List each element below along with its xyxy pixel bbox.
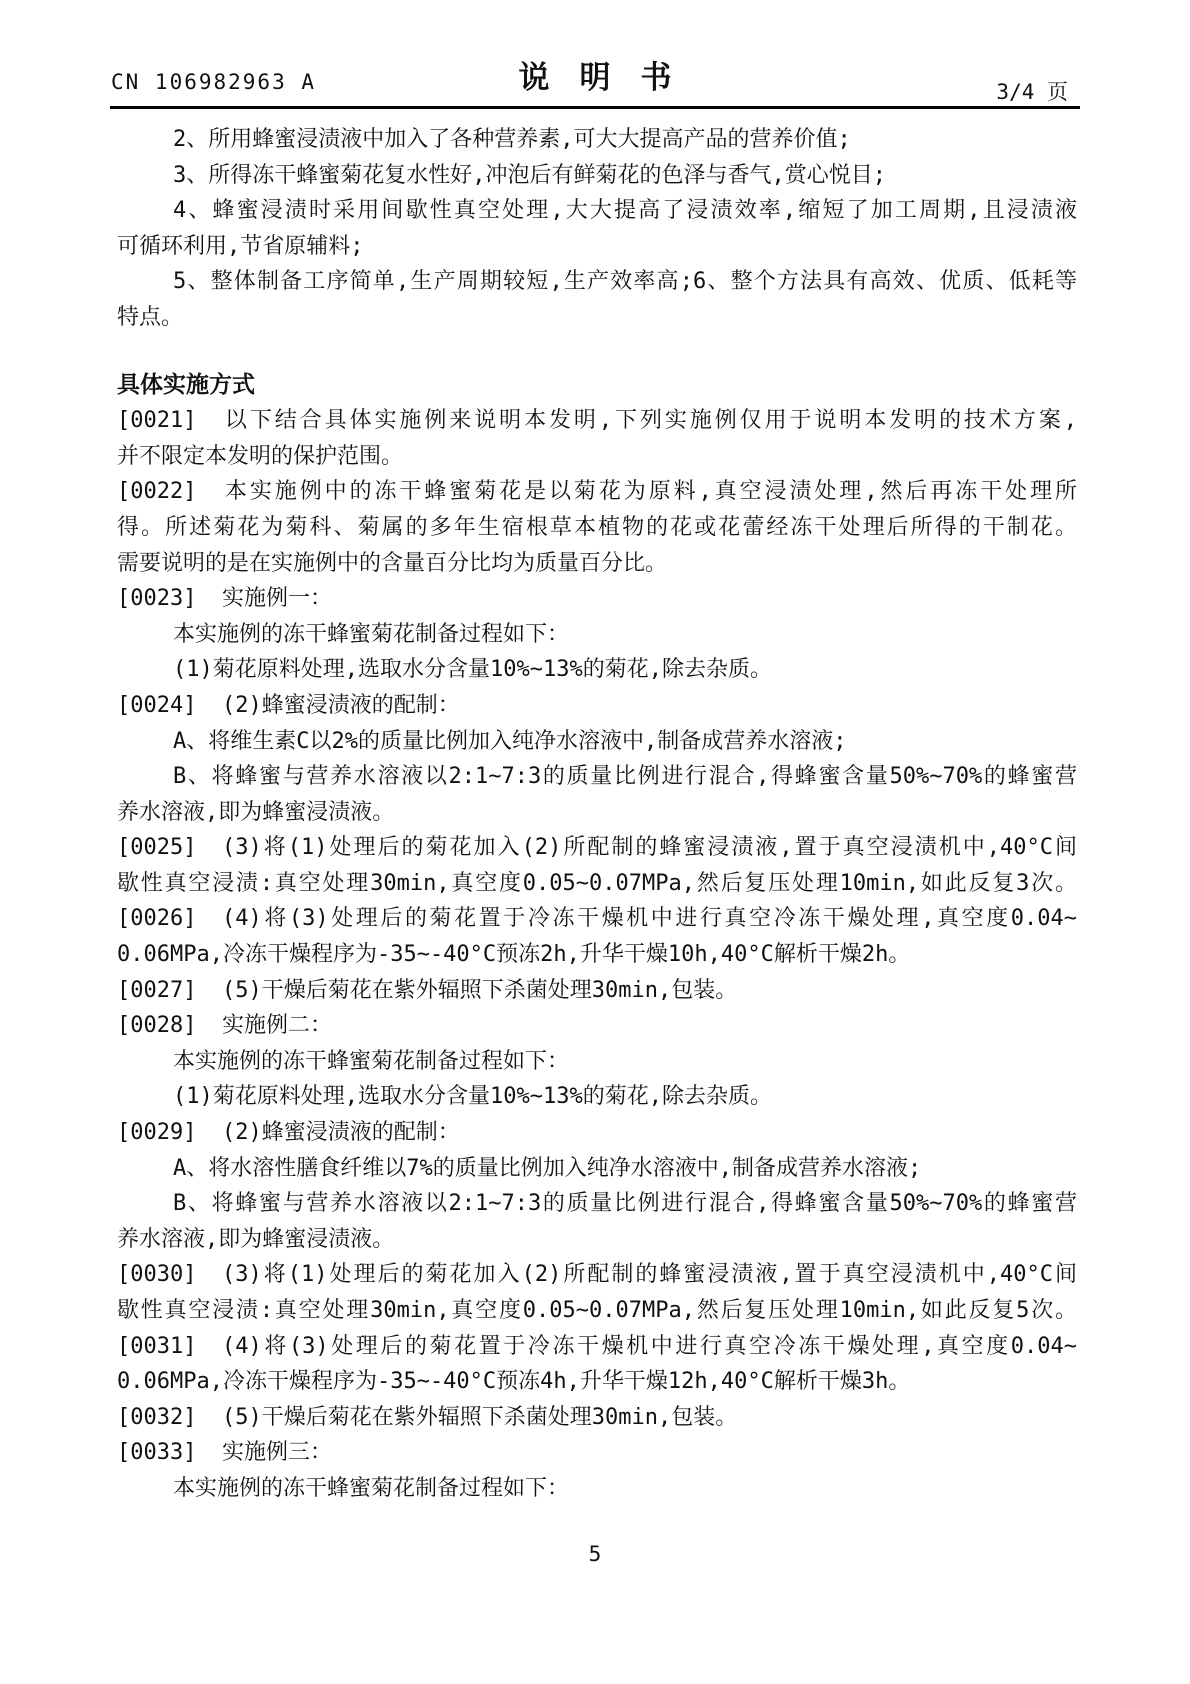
patent-specification-page: CN 106982963 A 说明书 3/4 页 2、所用蜂蜜浸渍液中加入了各种… [0, 0, 1190, 1684]
page-number: 5 [0, 1542, 1190, 1566]
paragraph-number: [0027] [117, 973, 222, 1009]
paragraph-line: [0021]以下结合具体实施例来说明本发明,下列实施例仅用于说明本发明的技术方案… [117, 403, 1077, 439]
paragraph-text: (4)将(3)处理后的菊花置于冷冻干燥机中进行真空冷冻干燥处理,真空度0.04~ [222, 906, 1077, 931]
paragraph-text: 实施例三： [222, 1440, 332, 1465]
paragraph-number: [0021] [117, 403, 222, 439]
paragraph-line: [0022]本实施例中的冻干蜂蜜菊花是以菊花为原料,真空浸渍处理,然后再冻干处理… [117, 474, 1077, 510]
paragraph-number: [0032] [117, 1400, 222, 1436]
paragraph-number: [0026] [117, 901, 222, 937]
paragraph-line: 5、整体制备工序简单,生产周期较短,生产效率高;6、整个方法具有高效、优质、低耗… [117, 264, 1077, 300]
paragraph-line: 得。所述菊花为菊科、菊属的多年生宿根草本植物的花或花蕾经冻干处理后所得的干制花。 [117, 510, 1077, 546]
paragraph-line: 特点。 [117, 300, 1077, 336]
paragraph-text: (5)干燥后菊花在紫外辐照下杀菌处理30min,包装。 [222, 1405, 737, 1430]
paragraph-line: 本实施例的冻干蜂蜜菊花制备过程如下： [117, 1471, 1077, 1507]
paragraph-line: [0029](2)蜂蜜浸渍液的配制： [117, 1115, 1077, 1151]
document-body: 2、所用蜂蜜浸渍液中加入了各种营养素,可大大提高产品的营养价值; 3、所得冻干蜂… [117, 122, 1077, 1507]
page-indicator: 3/4 页 [996, 76, 1068, 106]
paragraph-line: 3、所得冻干蜂蜜菊花复水性好,冲泡后有鲜菊花的色泽与香气,赏心悦目; [117, 158, 1077, 194]
paragraph-number: [0033] [117, 1435, 222, 1471]
paragraph-line: [0024](2)蜂蜜浸渍液的配制： [117, 688, 1077, 724]
paragraph-text: (3)将(1)处理后的菊花加入(2)所配制的蜂蜜浸渍液,置于真空浸渍机中,40°… [222, 835, 1077, 860]
paragraph-line: 本实施例的冻干蜂蜜菊花制备过程如下： [117, 1044, 1077, 1080]
paragraph-line: 需要说明的是在实施例中的含量百分比均为质量百分比。 [117, 546, 1077, 582]
paragraph-number: [0029] [117, 1115, 222, 1151]
section-heading: 具体实施方式 [117, 368, 1077, 404]
paragraph-line: [0028]实施例二： [117, 1008, 1077, 1044]
paragraph-line: 0.06MPa,冷冻干燥程序为-35~-40°C预冻4h,升华干燥12h,40°… [117, 1364, 1077, 1400]
header-rule [110, 106, 1080, 109]
paragraph-text: 以下结合具体实施例来说明本发明,下列实施例仅用于说明本发明的技术方案, [222, 408, 1077, 433]
paragraph-line: 养水溶液,即为蜂蜜浸渍液。 [117, 1222, 1077, 1258]
paragraph-line: [0033]实施例三： [117, 1435, 1077, 1471]
document-title-text: 说明书 [519, 60, 702, 96]
paragraph-line: 可循环利用,节省原辅料; [117, 229, 1077, 265]
paragraph-number: [0024] [117, 688, 222, 724]
paragraph-line: [0031](4)将(3)处理后的菊花置于冷冻干燥机中进行真空冷冻干燥处理,真空… [117, 1329, 1077, 1365]
paragraph-line: [0032](5)干燥后菊花在紫外辐照下杀菌处理30min,包装。 [117, 1400, 1077, 1436]
paragraph-line: 0.06MPa,冷冻干燥程序为-35~-40°C预冻2h,升华干燥10h,40°… [117, 937, 1077, 973]
paragraph-number: [0023] [117, 581, 222, 617]
paragraph-number: [0028] [117, 1008, 222, 1044]
paragraph-number: [0031] [117, 1329, 222, 1365]
paragraph-text: (4)将(3)处理后的菊花置于冷冻干燥机中进行真空冷冻干燥处理,真空度0.04~ [222, 1334, 1077, 1359]
paragraph-line: (1)菊花原料处理,选取水分含量10%~13%的菊花,除去杂质。 [117, 652, 1077, 688]
paragraph-text: (3)将(1)处理后的菊花加入(2)所配制的蜂蜜浸渍液,置于真空浸渍机中,40°… [222, 1262, 1077, 1287]
paragraph-number: [0030] [117, 1257, 222, 1293]
paragraph-line: 养水溶液,即为蜂蜜浸渍液。 [117, 795, 1077, 831]
paragraph-line: (1)菊花原料处理,选取水分含量10%~13%的菊花,除去杂质。 [117, 1079, 1077, 1115]
paragraph-line: [0030](3)将(1)处理后的菊花加入(2)所配制的蜂蜜浸渍液,置于真空浸渍… [117, 1257, 1077, 1293]
paragraph-line: 本实施例的冻干蜂蜜菊花制备过程如下： [117, 617, 1077, 653]
paragraph-line: B、将蜂蜜与营养水溶液以2:1~7:3的质量比例进行混合,得蜂蜜含量50%~70… [117, 1186, 1077, 1222]
paragraph-line: 歇性真空浸渍:真空处理30min,真空度0.05~0.07MPa,然后复压处理1… [117, 1293, 1077, 1329]
paragraph-line: [0027](5)干燥后菊花在紫外辐照下杀菌处理30min,包装。 [117, 973, 1077, 1009]
paragraph-text: (5)干燥后菊花在紫外辐照下杀菌处理30min,包装。 [222, 978, 737, 1003]
paragraph-line: 2、所用蜂蜜浸渍液中加入了各种营养素,可大大提高产品的营养价值; [117, 122, 1077, 158]
paragraph-number: [0022] [117, 474, 222, 510]
paragraph-line: 并不限定本发明的保护范围。 [117, 439, 1077, 475]
paragraph-text: 本实施例中的冻干蜂蜜菊花是以菊花为原料,真空浸渍处理,然后再冻干处理所 [222, 479, 1077, 504]
paragraph-text: 实施例二： [222, 1013, 332, 1038]
paragraph-line: [0023]实施例一： [117, 581, 1077, 617]
paragraph-line: 4、蜂蜜浸渍时采用间歇性真空处理,大大提高了浸渍效率,缩短了加工周期,且浸渍液 [117, 193, 1077, 229]
paragraph-line: [0026](4)将(3)处理后的菊花置于冷冻干燥机中进行真空冷冻干燥处理,真空… [117, 901, 1077, 937]
paragraph-text: (2)蜂蜜浸渍液的配制： [222, 693, 460, 718]
paragraph-text: 实施例一： [222, 586, 332, 611]
paragraph-line: A、将维生素C以2%的质量比例加入纯净水溶液中,制备成营养水溶液; [117, 724, 1077, 760]
paragraph-number: [0025] [117, 830, 222, 866]
paragraph-line: B、将蜂蜜与营养水溶液以2:1~7:3的质量比例进行混合,得蜂蜜含量50%~70… [117, 759, 1077, 795]
paragraph-line: [0025](3)将(1)处理后的菊花加入(2)所配制的蜂蜜浸渍液,置于真空浸渍… [117, 830, 1077, 866]
paragraph-line: 歇性真空浸渍:真空处理30min,真空度0.05~0.07MPa,然后复压处理1… [117, 866, 1077, 902]
paragraph-line: A、将水溶性膳食纤维以7%的质量比例加入纯净水溶液中,制备成营养水溶液; [117, 1151, 1077, 1187]
paragraph-text: (2)蜂蜜浸渍液的配制： [222, 1120, 460, 1145]
